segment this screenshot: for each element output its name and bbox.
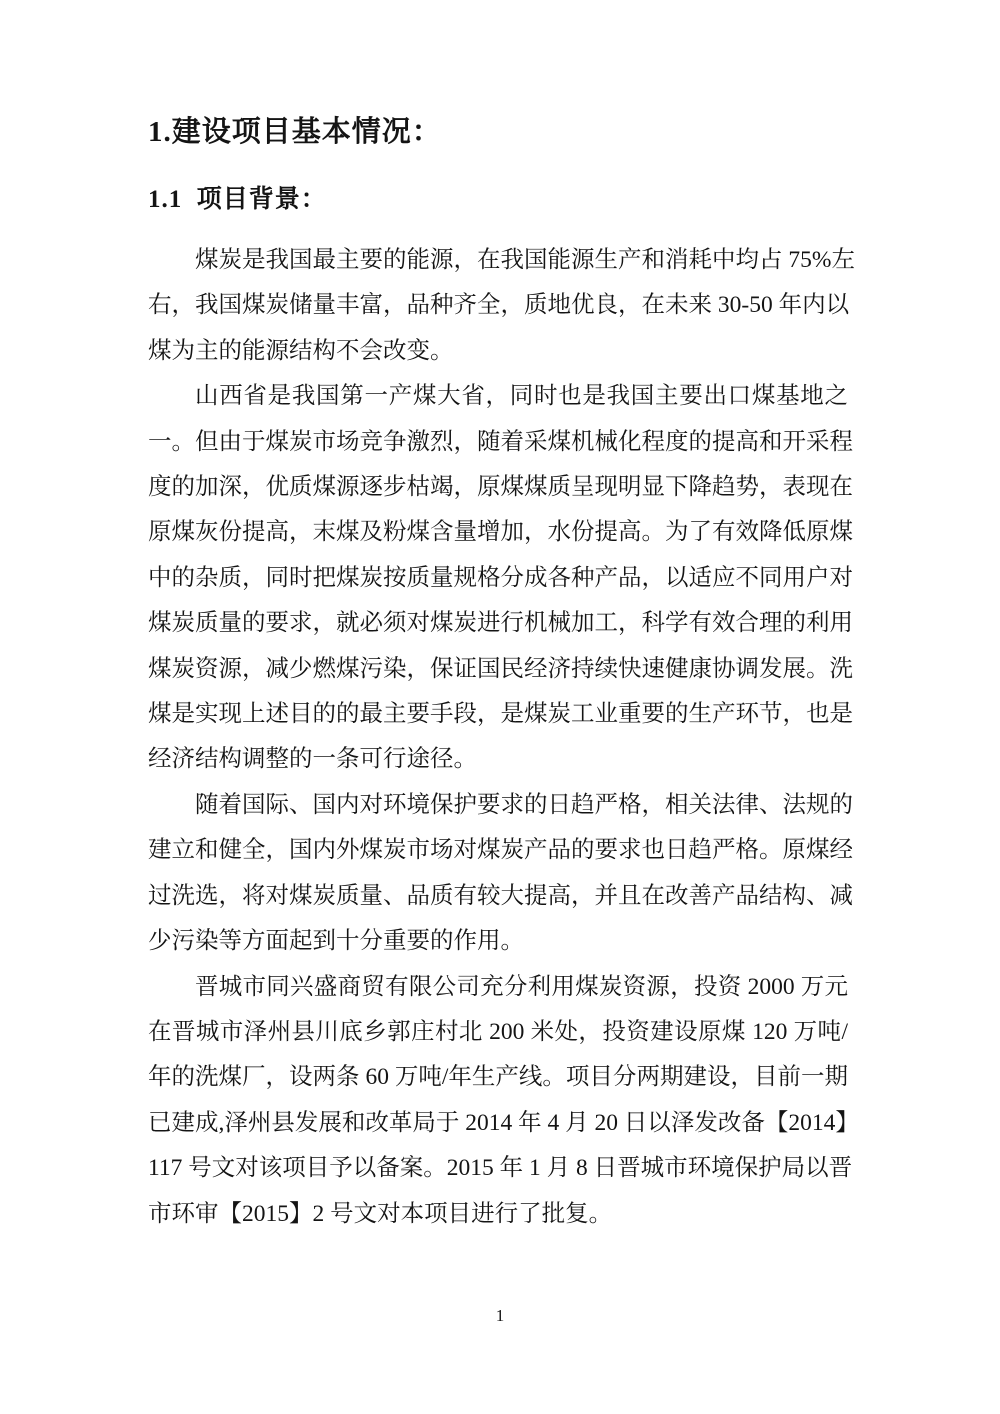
paragraph-line: 山西省是我国第一产煤大省，同时也是我国主要出口煤基地之: [148, 374, 848, 419]
paragraph-line: 117 号文对该项目予以备案。2015 年 1 月 8 日晋城市环境保护局以晋: [148, 1146, 848, 1191]
paragraph-line: 已建成,泽州县发展和改革局于 2014 年 4 月 20 日以泽发改备【2014…: [148, 1101, 848, 1146]
paragraph-line: 市环审【2015】2 号文对本项目进行了批复。: [148, 1192, 848, 1237]
paragraph-line: 中的杂质，同时把煤炭按质量规格分成各种产品，以适应不同用户对: [148, 556, 848, 601]
paragraph-line: 在晋城市泽州县川底乡郭庄村北 200 米处，投资建设原煤 120 万吨/: [148, 1010, 848, 1055]
paragraph-line: 右，我国煤炭储量丰富，品种齐全，质地优良，在未来 30-50 年内以: [148, 283, 848, 328]
paragraph-line: 少污染等方面起到十分重要的作用。: [148, 919, 848, 964]
paragraph-line: 年的洗煤厂，设两条 60 万吨/年生产线。项目分两期建设，目前一期: [148, 1055, 848, 1100]
paragraph-line: 煤炭资源，减少燃煤污染，保证国民经济持续快速健康协调发展。洗: [148, 647, 848, 692]
paragraph-line: 煤为主的能源结构不会改变。: [148, 329, 848, 374]
paragraph-line: 随着国际、国内对环境保护要求的日趋严格，相关法律、法规的: [148, 783, 848, 828]
document-content: 1.建设项目基本情况： 1.1 项目背景： 煤炭是我国最主要的能源，在我国能源生…: [148, 0, 848, 1237]
paragraph-line: 度的加深，优质煤源逐步枯竭，原煤煤质呈现明显下降趋势，表现在: [148, 465, 848, 510]
paragraph-line: 晋城市同兴盛商贸有限公司充分利用煤炭资源，投资 2000 万元: [148, 965, 848, 1010]
paragraph: 山西省是我国第一产煤大省，同时也是我国主要出口煤基地之 一。但由于煤炭市场竞争激…: [148, 374, 848, 783]
paragraph-line: 原煤灰份提高，末煤及粉煤含量增加，水份提高。为了有效降低原煤: [148, 510, 848, 555]
document-body: 煤炭是我国最主要的能源，在我国能源生产和消耗中均占 75%左 右，我国煤炭储量丰…: [148, 238, 848, 1237]
paragraph-line: 煤炭质量的要求，就必须对煤炭进行机械加工，科学有效合理的利用: [148, 601, 848, 646]
paragraph-line: 过洗选，将对煤炭质量、品质有较大提高，并且在改善产品结构、减: [148, 874, 848, 919]
page-number: 1: [0, 1306, 1000, 1326]
paragraph: 随着国际、国内对环境保护要求的日趋严格，相关法律、法规的 建立和健全，国内外煤炭…: [148, 783, 848, 965]
paragraph-line: 煤是实现上述目的的最主要手段，是煤炭工业重要的生产环节，也是: [148, 692, 848, 737]
paragraph: 晋城市同兴盛商贸有限公司充分利用煤炭资源，投资 2000 万元 在晋城市泽州县川…: [148, 965, 848, 1237]
section-heading: 1.1 项目背景：: [148, 182, 848, 218]
paragraph-line: 建立和健全，国内外煤炭市场对煤炭产品的要求也日趋严格。原煤经: [148, 828, 848, 873]
paragraph-line: 一。但由于煤炭市场竞争激烈，随着采煤机械化程度的提高和开采程: [148, 420, 848, 465]
paragraph-line: 经济结构调整的一条可行途径。: [148, 737, 848, 782]
document-page: 1.建设项目基本情况： 1.1 项目背景： 煤炭是我国最主要的能源，在我国能源生…: [0, 0, 1000, 1414]
document-title: 1.建设项目基本情况：: [148, 0, 848, 152]
paragraph: 煤炭是我国最主要的能源，在我国能源生产和消耗中均占 75%左 右，我国煤炭储量丰…: [148, 238, 848, 374]
paragraph-line: 煤炭是我国最主要的能源，在我国能源生产和消耗中均占 75%左: [148, 238, 848, 283]
